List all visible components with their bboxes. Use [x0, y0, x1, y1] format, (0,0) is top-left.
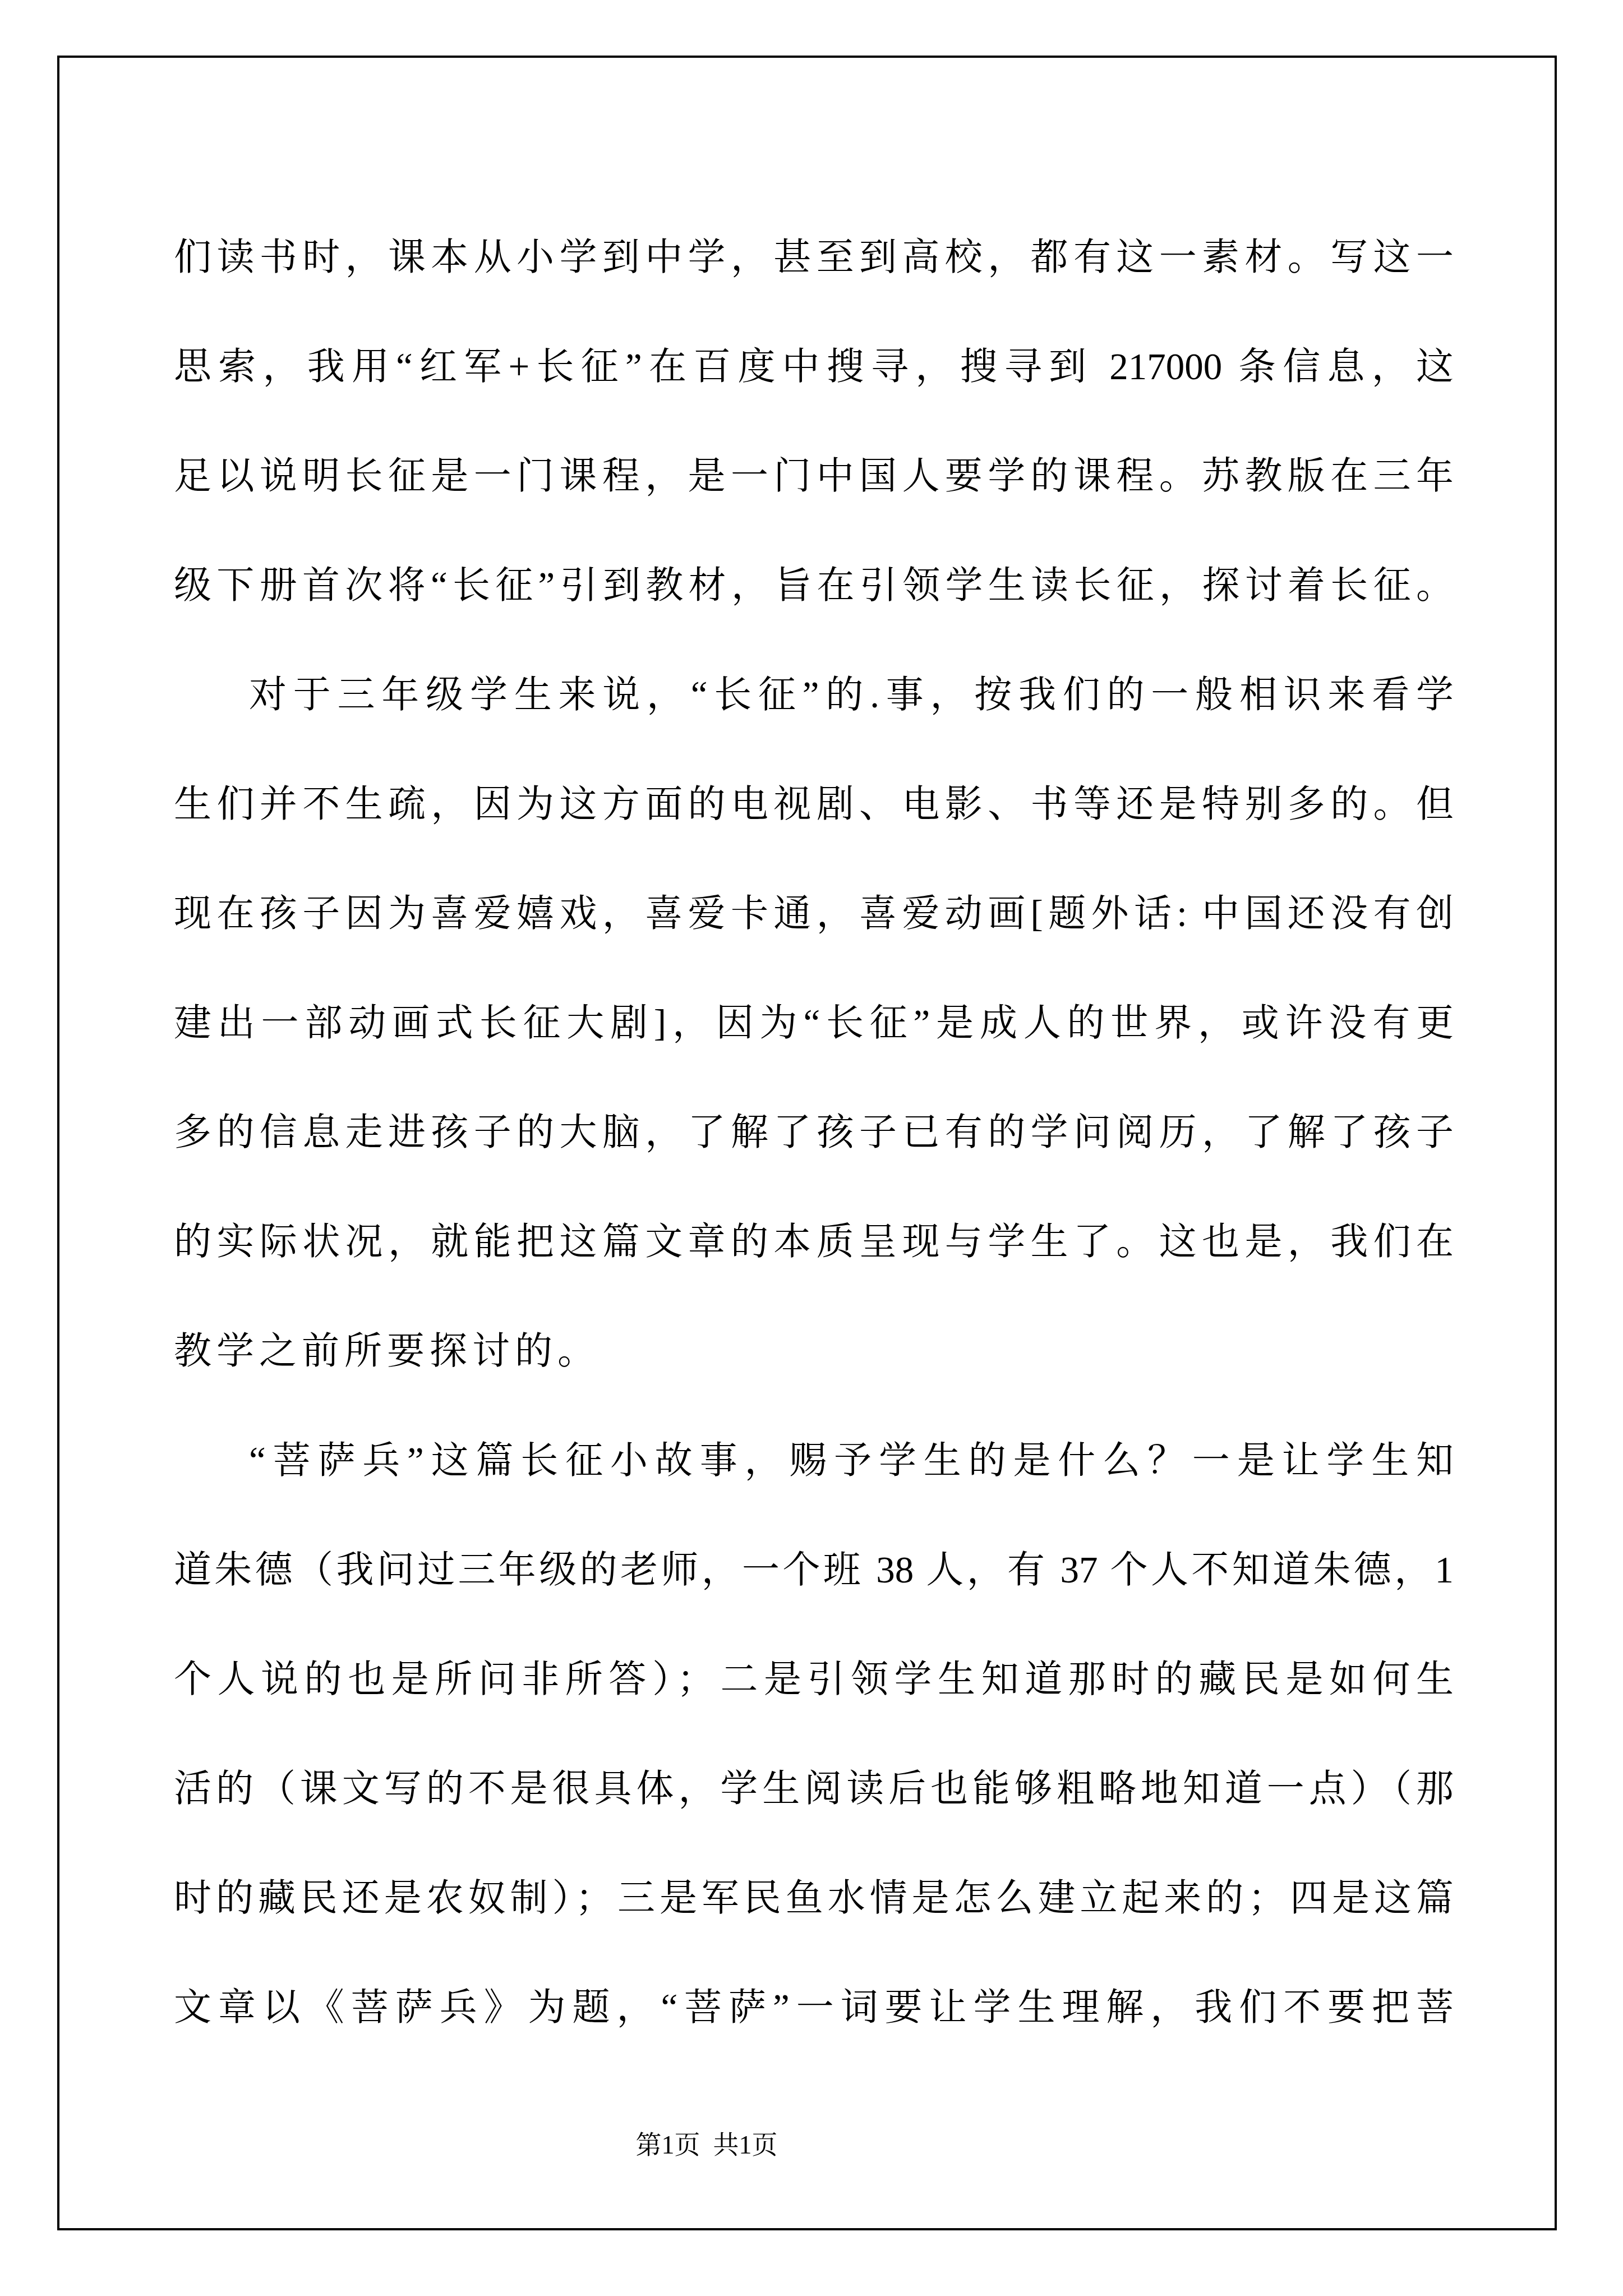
text-line: 思索，我用“红军+长征”在百度中搜寻，搜寻到 217000 条信息，这: [174, 312, 1454, 422]
text-line: 时的藏民还是农奴制）；三是军民鱼水情是怎么建立起来的；四是这篇: [174, 1844, 1454, 1953]
text-line: “菩萨兵”这篇长征小故事，赐予学生的是什么？一是让学生知: [174, 1406, 1454, 1516]
text-line: 文章以《菩萨兵》为题，“菩萨”一词要让学生理解，我们不要把菩: [174, 1953, 1454, 2063]
text-line: 建出一部动画式长征大剧]，因为“长征”是成人的世界，或许没有更: [174, 969, 1454, 1078]
text-line: 生们并不生疏，因为这方面的电视剧、电影、书等还是特别多的。但: [174, 750, 1454, 859]
text-line: 教学之前所要探讨的。: [174, 1297, 1454, 1406]
text-line: 的实际状况，就能把这篇文章的本质呈现与学生了。这也是，我们在: [174, 1188, 1454, 1297]
text-line: 多的信息走进孩子的大脑，了解了孩子已有的学问阅历，了解了孩子: [174, 1078, 1454, 1188]
text-line: 活的（课文写的不是很具体，学生阅读后也能够粗略地知道一点）（那: [174, 1734, 1454, 1844]
text-line: 个人说的也是所问非所答）；二是引领学生知道那时的藏民是如何生: [174, 1625, 1454, 1734]
text-body: 们读书时，课本从小学到中学，甚至到高校，都有这一素材。写这一 思索，我用“红军+…: [174, 203, 1454, 2063]
text-line: 们读书时，课本从小学到中学，甚至到高校，都有这一素材。写这一: [174, 203, 1454, 312]
text-line: 对于三年级学生来说，“长征”的.事，按我们的一般相识来看学: [174, 641, 1454, 750]
text-line: 足以说明长征是一门课程，是一门中国人要学的课程。苏教版在三年: [174, 422, 1454, 531]
text-line: 级下册首次将“长征”引到教材，旨在引领学生读长征，探讨着长征。: [174, 531, 1454, 641]
text-line: 道朱德（我问过三年级的老师，一个班 38 人，有 37 个人不知道朱德，1: [174, 1516, 1454, 1625]
document-page: { "document": { "lines": [ "们读书时，课本从小学到中…: [0, 0, 1623, 2296]
page-footer: 第1页 共1页: [510, 2129, 903, 2161]
text-line: 现在孩子因为喜爱嬉戏，喜爱卡通，喜爱动画[题外话: 中国还没有创: [174, 859, 1454, 969]
